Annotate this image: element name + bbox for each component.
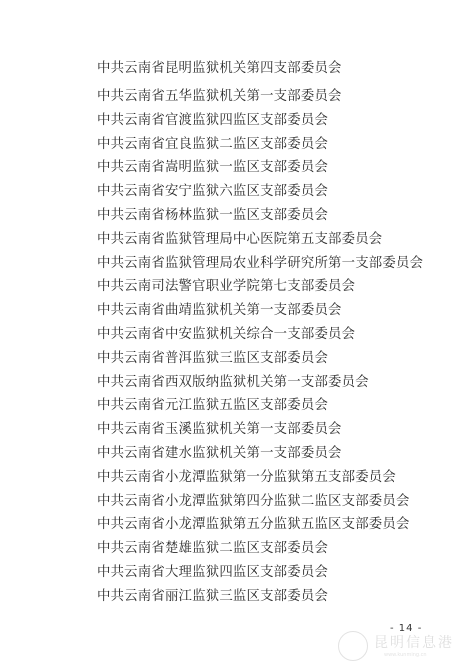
list-item: 中共云南省监狱管理局农业科学研究所第一支部委员会 xyxy=(97,255,423,273)
organization-list: 中共云南省昆明监狱机关第四支部委员会 中共云南省五华监狱机关第一支部委员会 中共… xyxy=(97,60,423,612)
list-item: 中共云南省曲靖监狱机关第一支部委员会 xyxy=(97,302,423,320)
watermark-url: www.kunming.cn xyxy=(384,652,427,658)
list-item: 中共云南省安宁监狱六监区支部委员会 xyxy=(97,183,423,201)
list-item: 中共云南省楚雄监狱二监区支部委员会 xyxy=(97,540,423,558)
document-page: 中共云南省昆明监狱机关第四支部委员会 中共云南省五华监狱机关第一支部委员会 中共… xyxy=(0,0,473,670)
list-item: 中共云南省杨林监狱一监区支部委员会 xyxy=(97,207,423,225)
list-item: 中共云南省玉溪监狱机关第一支部委员会 xyxy=(97,421,423,439)
list-item: 中共云南省建水监狱机关第一支部委员会 xyxy=(97,445,423,463)
list-item: 中共云南省普洱监狱三监区支部委员会 xyxy=(97,350,423,368)
list-item: 中共云南省嵩明监狱一监区支部委员会 xyxy=(97,159,423,177)
list-item: 中共云南省小龙潭监狱第一分监狱第五支部委员会 xyxy=(97,469,423,487)
watermark-logo-icon xyxy=(338,631,368,661)
list-item: 中共云南省官渡监狱四监区支部委员会 xyxy=(97,112,423,130)
page-number: - 14 - xyxy=(390,623,422,634)
list-item: 中共云南省监狱管理局中心医院第五支部委员会 xyxy=(97,231,423,249)
list-item: 中共云南省小龙潭监狱第五分监狱五监区支部委员会 xyxy=(97,516,423,534)
list-item: 中共云南司法警官职业学院第七支部委员会 xyxy=(97,278,423,296)
list-item: 中共云南省中安监狱机关综合一支部委员会 xyxy=(97,326,423,344)
list-item: 中共云南省西双版纳监狱机关第一支部委员会 xyxy=(97,374,423,392)
list-item: 中共云南省宜良监狱二监区支部委员会 xyxy=(97,136,423,154)
list-item: 中共云南省大理监狱四监区支部委员会 xyxy=(97,564,423,582)
list-item: 中共云南省小龙潭监狱第四分监狱二监区支部委员会 xyxy=(97,493,423,511)
watermark-text: 昆明信息港 xyxy=(374,632,454,652)
list-item: 中共云南省丽江监狱三监区支部委员会 xyxy=(97,588,423,606)
list-item: 中共云南省昆明监狱机关第四支部委员会 xyxy=(97,60,423,78)
list-item: 中共云南省五华监狱机关第一支部委员会 xyxy=(97,88,423,106)
list-item: 中共云南省元江监狱五监区支部委员会 xyxy=(97,397,423,415)
